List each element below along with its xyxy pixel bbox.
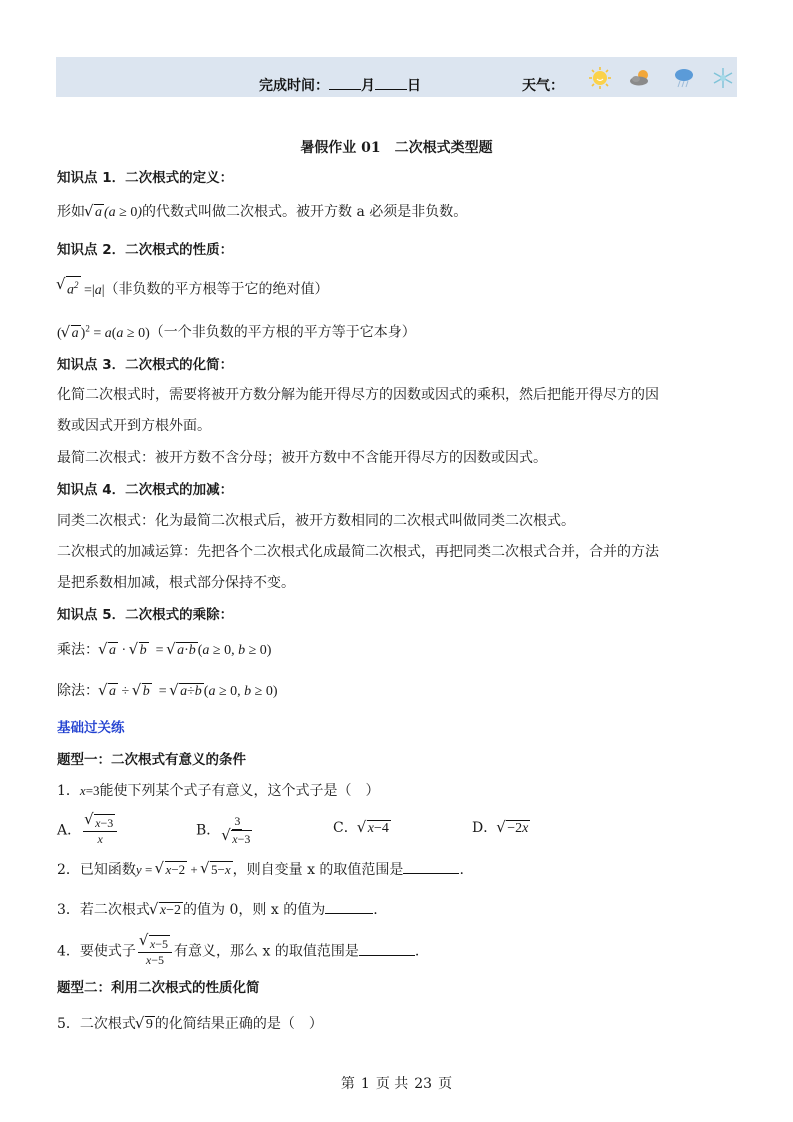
knowledge-1-line: 形如a(a ≥ 0)的代数式叫做二次根式。被开方数 a 必须是非负数。	[57, 202, 467, 223]
answer-blank-2[interactable]	[403, 861, 459, 874]
answer-blank-4[interactable]	[359, 943, 415, 956]
completion-time: 完成时间：月日	[259, 75, 421, 95]
current-page: 1	[361, 1076, 370, 1092]
question-1-options: A．x−3x B．3x−3 C．x−4 D．−2x	[57, 814, 757, 848]
option-c[interactable]: C．x−4	[333, 818, 391, 839]
question-1: 1．x=3能使下列某个式子有意义，这个式子是（ ）	[57, 781, 380, 801]
knowledge-3-line-1: 化简二次根式时，需要将被开方数分解为能开得尽方的因数或因式的乘积，然后把能开得尽…	[57, 385, 659, 405]
weather-label: 天气：	[522, 75, 564, 95]
option-d[interactable]: D．−2x	[472, 818, 530, 839]
knowledge-2-heading: 知识点 2．二次根式的性质：	[57, 240, 233, 260]
answer-blank-3[interactable]	[325, 901, 373, 914]
section-2-heading: 题型二：利用二次根式的性质化简	[57, 978, 260, 998]
knowledge-5-heading: 知识点 5．二次根式的乘除：	[57, 605, 233, 625]
total-pages: 23	[414, 1076, 432, 1092]
snowflake-icon[interactable]	[711, 66, 735, 90]
day-label: 日	[407, 78, 421, 94]
knowledge-4-line-2: 二次根式的加减运算：先把各个二次根式化成最简二次根式，再把同类二次根式合并，合并…	[57, 542, 659, 562]
section-1-heading: 题型一：二次根式有意义的条件	[57, 750, 246, 770]
knowledge-4-line-3: 是把系数相加减，根式部分保持不变。	[57, 573, 295, 593]
knowledge-1-heading: 知识点 1．二次根式的定义：	[57, 168, 233, 188]
knowledge-2-line-2: (a)2 = a(a ≥ 0)（一个非负数的平方根的平方等于它本身）	[57, 318, 416, 344]
month-blank[interactable]	[329, 77, 361, 90]
question-3: 3．若二次根式x−2的值为 0，则 x 的值为.	[57, 900, 378, 921]
partly-cloudy-icon[interactable]	[628, 66, 652, 90]
question-5: 5．二次根式9的化简结果正确的是（ ）	[57, 1014, 323, 1035]
month-label: 月	[361, 78, 375, 94]
page-footer: 第1页 共23页	[0, 1073, 793, 1093]
practice-heading: 基础过关练	[57, 718, 125, 738]
knowledge-4-heading: 知识点 4．二次根式的加减：	[57, 480, 233, 500]
knowledge-3-line-2: 数或因式开到方根外面。	[57, 416, 211, 436]
knowledge-5-multiply: 乘法：a · b = a·b(a ≥ 0, b ≥ 0)	[57, 640, 271, 661]
knowledge-5-divide: 除法：a ÷ b = a÷b(a ≥ 0, b ≥ 0)	[57, 681, 278, 702]
knowledge-2-line-1: a2 =|a|（非负数的平方根等于它的绝对值）	[57, 276, 329, 301]
knowledge-3-heading: 知识点 3．二次根式的化简：	[57, 355, 233, 375]
knowledge-4-line-1: 同类二次根式：化为最简二次根式后，被开方数相同的二次根式叫做同类二次根式。	[57, 511, 575, 531]
knowledge-3-line-3: 最简二次根式：被开方数不含分母；被开方数中不含能开得尽方的因数或因式。	[57, 448, 547, 468]
option-a[interactable]: A．x−3x	[57, 814, 119, 847]
completion-label: 完成时间：	[259, 78, 329, 94]
question-4: 4．要使式子x−5x−5有意义，那么 x 的取值范围是.	[57, 935, 419, 971]
rain-cloud-icon[interactable]	[672, 66, 696, 90]
document-title: 暑假作业 01 二次根式类型题	[0, 137, 793, 157]
option-b[interactable]: B．3x−3	[196, 814, 254, 847]
day-blank[interactable]	[375, 77, 407, 90]
sun-icon[interactable]	[588, 66, 612, 90]
question-2: 2．已知函数y = x−2 + 5−x，则自变量 x 的取值范围是.	[57, 860, 464, 880]
